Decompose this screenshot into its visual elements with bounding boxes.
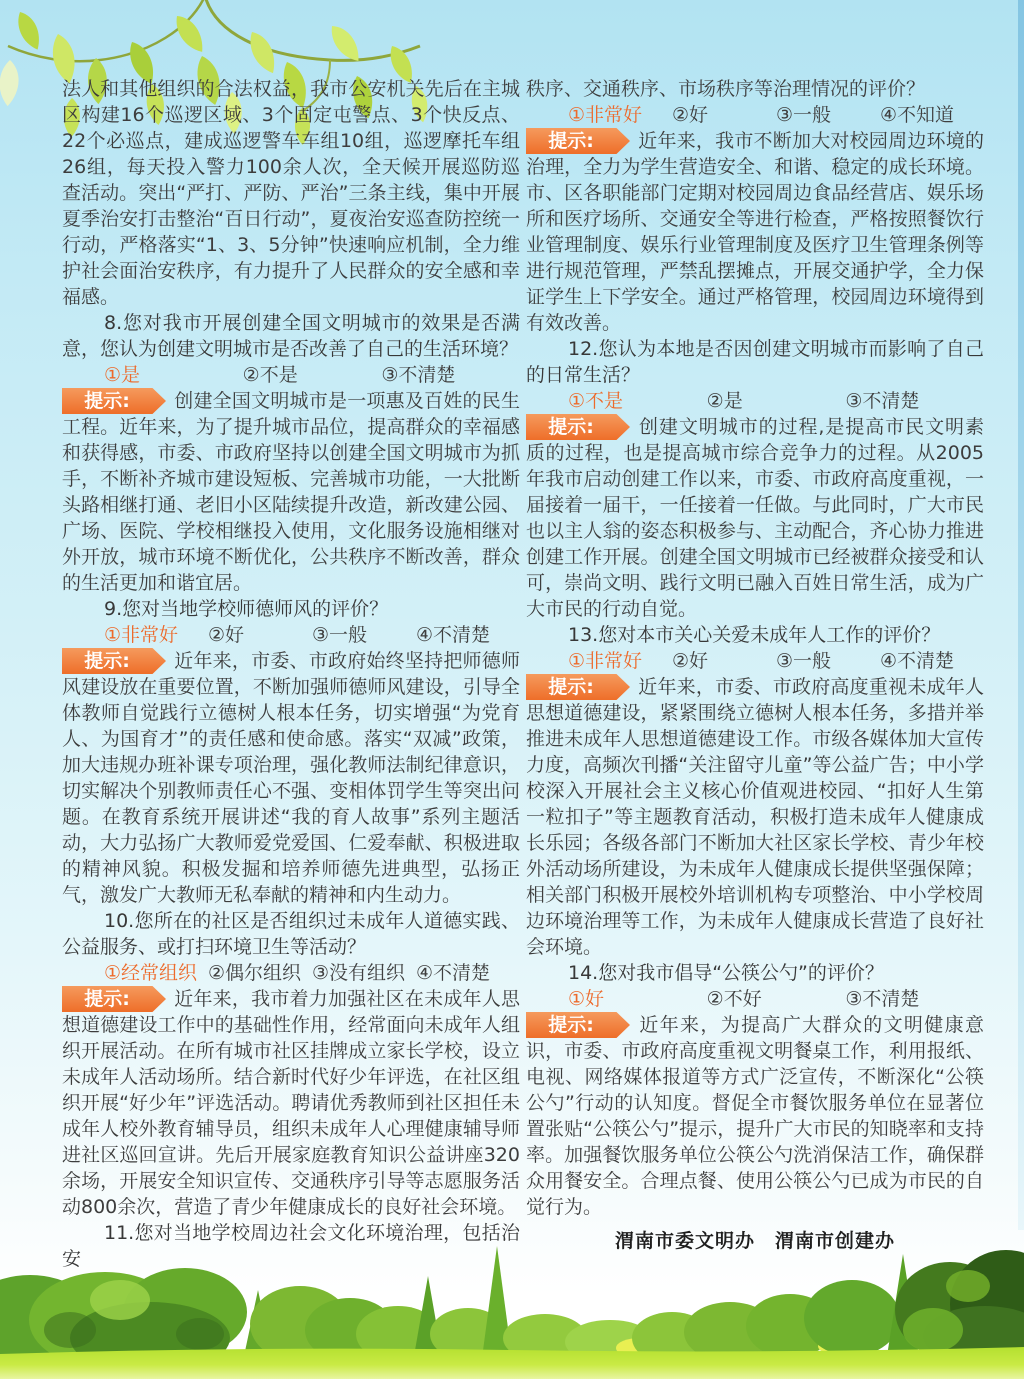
option-8-2: ②不是 <box>243 362 382 388</box>
page-edge-shading <box>1018 0 1024 1230</box>
question-13-options: ①非常好 ②好 ③一般 ④不清楚 <box>526 648 984 674</box>
hint-badge-label: 提示: <box>84 650 130 672</box>
hint-badge: 提示: <box>526 1012 630 1038</box>
hint-11-text: 近年来，我市不断加大对校园周边环境的治理，全力为学生营造安全、和谐、稳定的成长环… <box>526 130 984 334</box>
option-8-3: ③不清楚 <box>381 362 520 388</box>
hint-10-text: 近年来，我市着力加强社区在未成年人思想道德建设工作中的基础性作用，经常面向未成年… <box>62 988 520 1218</box>
hint-badge: 提示: <box>62 388 166 414</box>
option-12-2: ②是 <box>707 388 846 414</box>
hint-badge-label: 提示: <box>548 130 594 152</box>
hint-13-paragraph: 提示:近年来，市委、市政府高度重视未成年人思想道德建设，紧紧围绕立德树人根本任务… <box>526 674 984 960</box>
question-12-options: ①不是 ②是 ③不清楚 <box>526 388 984 414</box>
footer-signature: 渭南市委文明办 渭南市创建办 <box>526 1228 984 1254</box>
question-10-options: ①经常组织 ②偶尔组织 ③没有组织 ④不清楚 <box>62 960 520 986</box>
option-14-3: ③不清楚 <box>845 986 984 1012</box>
option-12-3: ③不清楚 <box>845 388 984 414</box>
question-9-text: 9.您对当地学校师德师风的评价？ <box>62 596 520 622</box>
option-13-1: ①非常好 <box>568 648 672 674</box>
question-13-text: 13.您对本市关心关爱未成年人工作的评价？ <box>526 622 984 648</box>
hint-8-paragraph: 提示:创建全国文明城市是一项惠及百姓的民生工程。近年来，为了提升城市品位，提高群… <box>62 388 520 596</box>
option-8-1: ①是 <box>104 362 243 388</box>
question-14-text: 14.您对我市倡导“公筷公勺”的评价？ <box>526 960 984 986</box>
option-11-4: ④不知道 <box>880 102 984 128</box>
hint-badge: 提示: <box>62 986 166 1012</box>
question-14-options: ①好 ②不好 ③不清楚 <box>526 986 984 1012</box>
hint-12-text: 创建文明城市的过程,是提高市民文明素质的过程，也是提高城市综合竞争力的过程。从2… <box>526 416 984 620</box>
option-9-2: ②好 <box>208 622 312 648</box>
hint-13-text: 近年来，市委、市政府高度重视未成年人思想道德建设，紧紧围绕立德树人根本任务，多措… <box>526 676 984 958</box>
question-11-start: 11.您对当地学校周边社会文化环境治理，包括治安 <box>62 1220 520 1272</box>
option-10-4: ④不清楚 <box>416 960 520 986</box>
intro-paragraph: 法人和其他组织的合法权益，我市公安机关先后在主城区构建16个巡逻区域、3个固定屯… <box>62 76 520 310</box>
question-11-continuation: 秩序、交通秩序、市场秩序等治理情况的评价？ <box>526 76 984 102</box>
hint-badge: 提示: <box>526 128 630 154</box>
hint-badge-label: 提示: <box>548 676 594 698</box>
option-14-1: ①好 <box>568 986 707 1012</box>
option-10-2: ②偶尔组织 <box>208 960 312 986</box>
question-8-text: 8.您对我市开展创建全国文明城市的效果是否满意，您认为创建文明城市是否改善了自己… <box>62 310 520 362</box>
hint-12-paragraph: 提示:创建文明城市的过程,是提高市民文明素质的过程，也是提高城市综合竞争力的过程… <box>526 414 984 622</box>
hint-14-paragraph: 提示:近年来，为提高广大群众的文明健康意识，市委、市政府高度重视文明餐桌工作，利… <box>526 1012 984 1220</box>
option-13-4: ④不清楚 <box>880 648 984 674</box>
option-12-1: ①不是 <box>568 388 707 414</box>
hint-badge-label: 提示: <box>84 988 130 1010</box>
option-11-2: ②好 <box>672 102 776 128</box>
option-9-4: ④不清楚 <box>416 622 520 648</box>
hint-14-text: 近年来，为提高广大群众的文明健康意识，市委、市政府高度重视文明餐桌工作，利用报纸… <box>526 1014 984 1218</box>
option-11-3: ③一般 <box>776 102 880 128</box>
hint-badge-label: 提示: <box>548 1014 594 1036</box>
option-10-3: ③没有组织 <box>312 960 416 986</box>
question-11-options: ①非常好 ②好 ③一般 ④不知道 <box>526 102 984 128</box>
hint-9-text: 近年来，市委、市政府始终坚持把师德师风建设放在重要位置，不断加强师德师风建设，引… <box>62 650 520 906</box>
hint-badge: 提示: <box>526 414 630 440</box>
scanned-survey-page: 法人和其他组织的合法权益，我市公安机关先后在主城区构建16个巡逻区域、3个固定屯… <box>0 0 1024 1392</box>
left-column: 法人和其他组织的合法权益，我市公安机关先后在主城区构建16个巡逻区域、3个固定屯… <box>62 76 520 1272</box>
option-9-3: ③一般 <box>312 622 416 648</box>
question-12-text: 12.您认为本地是否因创建文明城市而影响了自己的日常生活？ <box>526 336 984 388</box>
option-14-2: ②不好 <box>707 986 846 1012</box>
hint-badge: 提示: <box>526 674 630 700</box>
hint-badge-label: 提示: <box>548 416 594 438</box>
option-13-3: ③一般 <box>776 648 880 674</box>
hint-10-paragraph: 提示:近年来，我市着力加强社区在未成年人思想道德建设工作中的基础性作用，经常面向… <box>62 986 520 1220</box>
option-11-1: ①非常好 <box>568 102 672 128</box>
hint-badge-label: 提示: <box>84 390 130 412</box>
option-9-1: ①非常好 <box>104 622 208 648</box>
hint-11-paragraph: 提示:近年来，我市不断加大对校园周边环境的治理，全力为学生营造安全、和谐、稳定的… <box>526 128 984 336</box>
hint-9-paragraph: 提示:近年来，市委、市政府始终坚持把师德师风建设放在重要位置，不断加强师德师风建… <box>62 648 520 908</box>
question-9-options: ①非常好 ②好 ③一般 ④不清楚 <box>62 622 520 648</box>
question-8-options: ①是 ②不是 ③不清楚 <box>62 362 520 388</box>
question-10-text: 10.您所在的社区是否组织过未成年人道德实践、公益服务、或打扫环境卫生等活动？ <box>62 908 520 960</box>
option-10-1: ①经常组织 <box>104 960 208 986</box>
hint-badge: 提示: <box>62 648 166 674</box>
hint-8-text: 创建全国文明城市是一项惠及百姓的民生工程。近年来，为了提升城市品位，提高群众的幸… <box>62 390 520 594</box>
right-column: 秩序、交通秩序、市场秩序等治理情况的评价？ ①非常好 ②好 ③一般 ④不知道 提… <box>526 76 984 1254</box>
option-13-2: ②好 <box>672 648 776 674</box>
